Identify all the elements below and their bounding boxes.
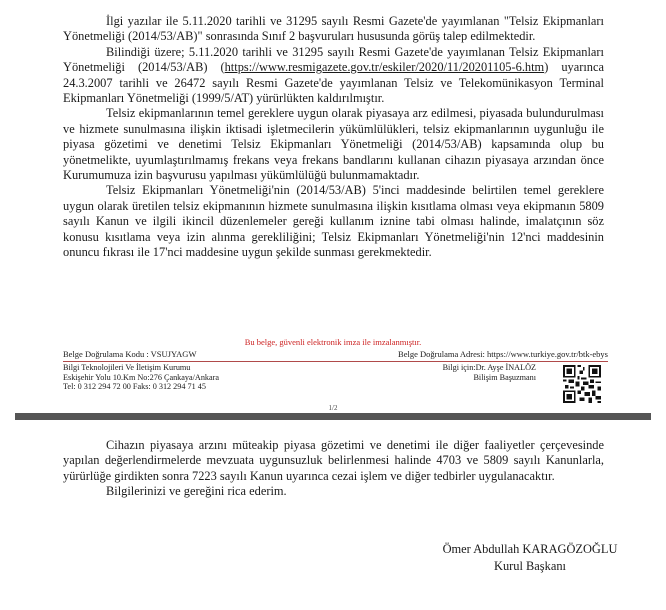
paragraph-closing: Bilgilerinizi ve gereğini rica ederim. — [63, 484, 604, 499]
paragraph-bilindigi: Bilindiği üzere; 5.11.2020 tarihli ve 31… — [63, 45, 604, 107]
page-2-body: Cihazın piyasaya arzını müteakip piyasa … — [63, 438, 604, 500]
signatory-title: Kurul Başkanı — [420, 558, 640, 575]
verification-address: Belge Doğrulama Adresi: https://www.turk… — [398, 349, 608, 359]
paragraph-article-5: Telsiz Ekipmanları Yönetmeliği'nin (2014… — [63, 183, 604, 260]
contact-person: Bilgi için:Dr. Ayşe İNALÖZ Bilişim Başuz… — [443, 363, 536, 382]
resmi-gazete-link[interactable]: https://www.resmigazete.gov.tr/eskiler/2… — [225, 60, 545, 74]
verification-code: Belge Doğrulama Kodu : VSUJYAGW — [63, 349, 196, 359]
signature-block: Ömer Abdullah KARAGÖZOĞLU Kurul Başkanı — [420, 541, 640, 575]
contact-name: Bilgi için:Dr. Ayşe İNALÖZ — [443, 363, 536, 373]
institution-info: Bilgi Teknolojileri Ve İletişim Kurumu E… — [63, 363, 219, 392]
signatory-name: Ömer Abdullah KARAGÖZOĞLU — [420, 541, 640, 558]
paragraph-ilgi: İlgi yazılar ile 5.11.2020 tarihli ve 31… — [63, 14, 604, 45]
paragraph-obligations: Telsiz ekipmanlarının temel gereklere uy… — [63, 106, 604, 183]
institution-address: Eskişehir Yolu 10.Km No:276 Çankaya/Anka… — [63, 373, 219, 383]
paragraph-sanctions: Cihazın piyasaya arzını müteakip piyasa … — [63, 438, 604, 484]
institution-name: Bilgi Teknolojileri Ve İletişim Kurumu — [63, 363, 219, 373]
esign-note: Bu belge, güvenli elektronik imza ile im… — [0, 337, 666, 347]
page-number: 1/2 — [0, 404, 666, 412]
page-1-body: İlgi yazılar ile 5.11.2020 tarihli ve 31… — [63, 14, 604, 261]
footer-divider — [63, 361, 608, 362]
qr-code-icon — [563, 365, 601, 403]
page-separator — [15, 413, 651, 420]
contact-title: Bilişim Başuzmanı — [443, 373, 536, 383]
institution-phone: Tel: 0 312 294 72 00 Faks: 0 312 294 71 … — [63, 382, 219, 392]
